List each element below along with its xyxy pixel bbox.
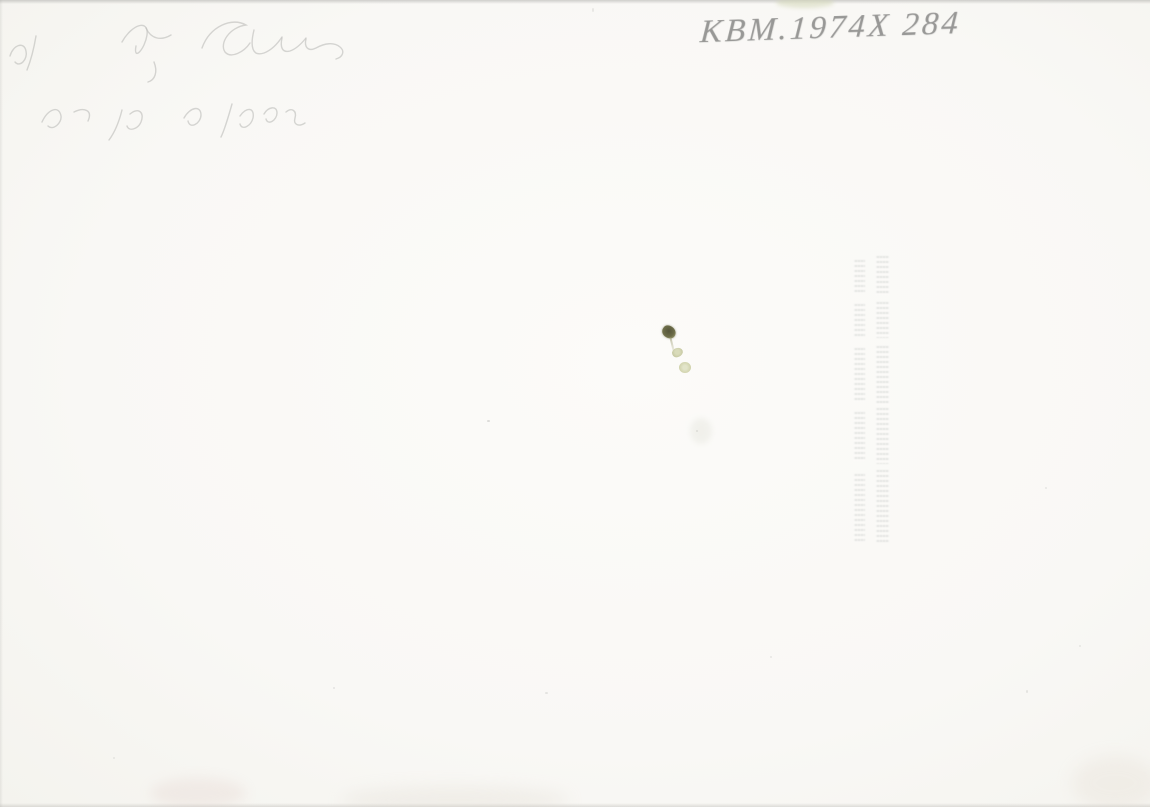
dust-speck bbox=[545, 692, 548, 694]
stain-trail bbox=[669, 337, 674, 351]
dust-speck bbox=[770, 656, 772, 658]
dust-speck bbox=[487, 420, 490, 422]
stain-pale-spot-2 bbox=[679, 362, 691, 373]
scan-edge-bottom bbox=[0, 803, 1150, 807]
stain-pale-spot-1 bbox=[671, 347, 684, 359]
bottom-right-corner-smudge bbox=[1072, 756, 1150, 807]
mid-faint-smudge bbox=[690, 418, 712, 444]
faded-vertical-stamp bbox=[848, 256, 898, 548]
dust-speck bbox=[113, 757, 115, 759]
photo-verso-scan: KBM.1974X 284 bbox=[0, 0, 1150, 807]
scan-edge-top bbox=[0, 0, 1150, 4]
inventory-number-inscription: KBM.1974X 284 bbox=[699, 2, 1061, 52]
dust-speck bbox=[696, 430, 698, 432]
dust-speck bbox=[1079, 645, 1081, 647]
dust-speck bbox=[1026, 690, 1028, 693]
stamp-text-column-2 bbox=[876, 256, 889, 548]
stain-dark-blob bbox=[660, 323, 678, 341]
stamp-text-column-1 bbox=[854, 256, 865, 548]
dust-speck bbox=[592, 8, 594, 12]
dust-speck bbox=[1045, 487, 1047, 489]
dust-speck bbox=[333, 687, 335, 689]
scan-edge-left bbox=[0, 0, 3, 807]
handwritten-note-line1 bbox=[4, 10, 364, 84]
adhesive-stain bbox=[0, 0, 1150, 807]
handwritten-note-line2 bbox=[34, 86, 334, 154]
